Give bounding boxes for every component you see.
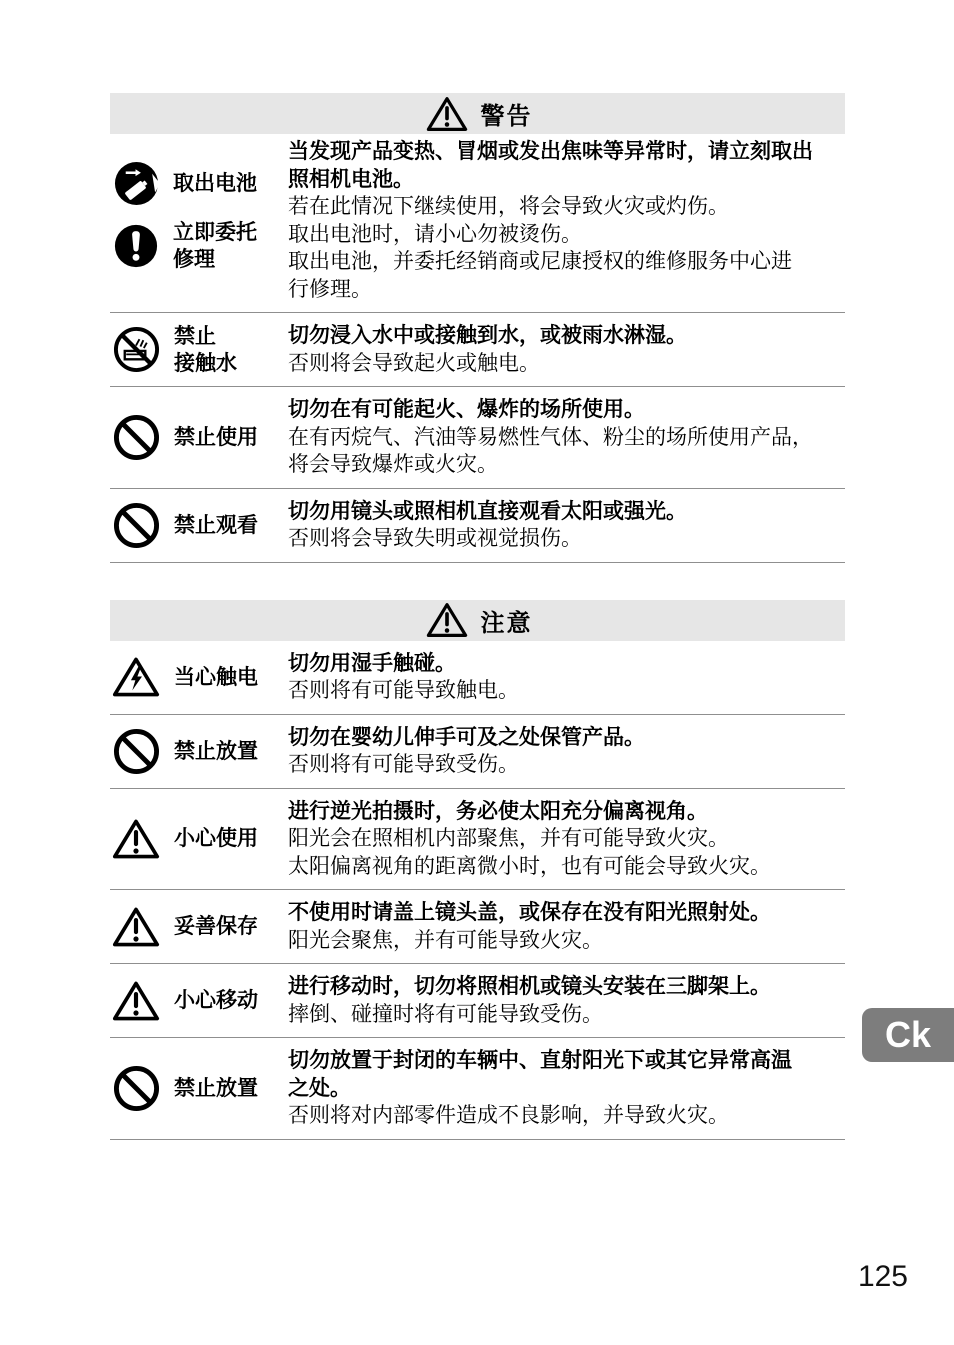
row-body-text: 若在此情况下继续使用，将会导致火灾或灼伤。 [288, 193, 845, 221]
row-body-text: 取出电池时，请小心勿被烫伤。 [288, 221, 845, 249]
row-text-cell: 切勿浸入水中或接触到水，或被雨水淋湿。 否则将会导致起火或触电。 [288, 318, 845, 381]
no-water-contact-icon [112, 326, 160, 373]
row-body-text: 阳光会在照相机内部聚焦，并有可能导致火灾。 [288, 825, 845, 853]
mandatory-action-icon [112, 223, 160, 269]
row-label: 小心移动 [174, 987, 258, 1014]
row-icon-cell: 禁止观看 [110, 502, 288, 549]
row-head-text: 进行逆光拍摄时，务必使太阳充分偏离视角。 [288, 798, 845, 826]
icon-label-pair: 立即委托 修理 [112, 219, 257, 273]
table-row: 禁止观看 切勿用镜头或照相机直接观看太阳或强光。 否则将会导致失明或视觉损伤。 [110, 489, 845, 563]
row-icon-cell: 小心使用 [110, 817, 288, 861]
warning-triangle-icon [423, 95, 471, 133]
row-head-text: 切勿用镜头或照相机直接观看太阳或强光。 [288, 498, 845, 526]
row-label: 当心触电 [174, 664, 258, 691]
table-row: 取出电池 立即委托 修理 [110, 134, 845, 313]
row-body-text: 取出电池，并委托经销商或尼康授权的维修服务中心进 行修理。 [288, 248, 845, 303]
prohibition-icon [112, 1065, 160, 1112]
caution-section: 注意 当心触电 切勿用湿手触碰。 否则将有可能导致触电。 [110, 600, 845, 1140]
table-row: 小心使用 进行逆光拍摄时，务必使太阳充分偏离视角。 阳光会在照相机内部聚焦，并有… [110, 789, 845, 891]
caution-section-header: 注意 [110, 600, 845, 641]
warning-triangle-icon [112, 817, 160, 861]
table-row: 小心移动 进行移动时，切勿将照相机或镜头安装在三脚架上。 摔倒、碰撞时将有可能导… [110, 964, 845, 1038]
prohibition-icon [112, 414, 160, 461]
row-body-text: 在有丙烷气、汽油等易燃性气体、粉尘的场所使用产品， 将会导致爆炸或火灾。 [288, 424, 845, 479]
row-icon-cell: 当心触电 [110, 655, 288, 699]
section-title: 警告 [481, 96, 533, 131]
warning-section-header: 警告 [110, 93, 845, 134]
row-head-text: 切勿放置于封闭的车辆中、直射阳光下或其它异常高温 之处。 [288, 1047, 845, 1102]
row-body-text: 太阳偏离视角的距离微小时，也有可能会导致火灾。 [288, 853, 845, 881]
row-text-cell: 切勿在有可能起火、爆炸的场所使用。 在有丙烷气、汽油等易燃性气体、粉尘的场所使用… [288, 392, 845, 483]
icon-label-pair: 取出电池 [112, 160, 257, 207]
warning-section: 警告 [110, 93, 845, 563]
row-body-text: 否则将会导致失明或视觉损伤。 [288, 525, 845, 553]
row-icon-cell: 妥善保存 [110, 905, 288, 949]
row-label: 立即委托 修理 [173, 219, 257, 273]
section-title: 注意 [481, 603, 533, 638]
row-body-text: 否则将有可能导致受伤。 [288, 751, 845, 779]
row-text-cell: 切勿放置于封闭的车辆中、直射阳光下或其它异常高温 之处。 否则将对内部零件造成不… [288, 1043, 845, 1134]
row-head-text: 进行移动时，切勿将照相机或镜头安装在三脚架上。 [288, 973, 845, 1001]
warning-triangle-icon [423, 601, 471, 639]
language-tab: Ck [862, 1008, 954, 1062]
row-icon-cell: 禁止放置 [110, 728, 288, 775]
row-text-cell: 进行逆光拍摄时，务必使太阳充分偏离视角。 阳光会在照相机内部聚焦，并有可能导致火… [288, 794, 845, 885]
row-icon-cell: 取出电池 立即委托 修理 [110, 134, 288, 273]
row-icon-cell: 禁止 接触水 [110, 323, 288, 377]
row-head-text: 切勿在有可能起火、爆炸的场所使用。 [288, 396, 845, 424]
row-label: 禁止 接触水 [174, 323, 237, 377]
row-head-text: 切勿在婴幼儿伸手可及之处保管产品。 [288, 724, 845, 752]
row-body-text: 否则将对内部零件造成不良影响，并导致火灾。 [288, 1102, 845, 1130]
row-text-cell: 进行移动时，切勿将照相机或镜头安装在三脚架上。 摔倒、碰撞时将有可能导致受伤。 [288, 969, 845, 1032]
row-head-text: 不使用时请盖上镜头盖，或保存在没有阳光照射处。 [288, 899, 845, 927]
row-icon-cell: 禁止放置 [110, 1065, 288, 1112]
row-head-text: 切勿用湿手触碰。 [288, 650, 845, 678]
row-label: 禁止观看 [174, 512, 258, 539]
row-label: 妥善保存 [174, 913, 258, 940]
table-row: 禁止 接触水 切勿浸入水中或接触到水，或被雨水淋湿。 否则将会导致起火或触电。 [110, 313, 845, 387]
row-text-cell: 当发现产品变热、冒烟或发出焦味等异常时，请立刻取出 照相机电池。 若在此情况下继… [288, 134, 845, 307]
row-text-cell: 切勿用镜头或照相机直接观看太阳或强光。 否则将会导致失明或视觉损伤。 [288, 494, 845, 557]
row-text-cell: 不使用时请盖上镜头盖，或保存在没有阳光照射处。 阳光会聚焦，并有可能导致火灾。 [288, 895, 845, 958]
row-body-text: 阳光会聚焦，并有可能导致火灾。 [288, 927, 845, 955]
row-label: 小心使用 [174, 825, 258, 852]
row-head-text: 切勿浸入水中或接触到水，或被雨水淋湿。 [288, 322, 845, 350]
row-icon-cell: 小心移动 [110, 979, 288, 1023]
row-text-cell: 切勿用湿手触碰。 否则将有可能导致触电。 [288, 646, 845, 709]
row-body-text: 否则将会导致起火或触电。 [288, 350, 845, 378]
row-body-text: 否则将有可能导致触电。 [288, 677, 845, 705]
row-body-text: 摔倒、碰撞时将有可能导致受伤。 [288, 1001, 845, 1029]
row-label: 禁止放置 [174, 738, 258, 765]
table-row: 当心触电 切勿用湿手触碰。 否则将有可能导致触电。 [110, 641, 845, 715]
warning-triangle-icon [112, 979, 160, 1023]
prohibition-icon [112, 728, 160, 775]
prohibition-icon [112, 502, 160, 549]
row-label: 禁止放置 [174, 1075, 258, 1102]
document-page: { "page": { "page_number": "125", "langu… [0, 0, 954, 1345]
table-row: 禁止使用 切勿在有可能起火、爆炸的场所使用。 在有丙烷气、汽油等易燃性气体、粉尘… [110, 387, 845, 489]
row-icon-cell: 禁止使用 [110, 414, 288, 461]
table-row: 禁止放置 切勿在婴幼儿伸手可及之处保管产品。 否则将有可能导致受伤。 [110, 715, 845, 789]
table-row: 禁止放置 切勿放置于封闭的车辆中、直射阳光下或其它异常高温 之处。 否则将对内部… [110, 1038, 845, 1140]
remove-battery-icon [112, 160, 160, 207]
page-content: 警告 [110, 93, 845, 1140]
row-head-text: 当发现产品变热、冒烟或发出焦味等异常时，请立刻取出 照相机电池。 [288, 138, 845, 193]
row-text-cell: 切勿在婴幼儿伸手可及之处保管产品。 否则将有可能导致受伤。 [288, 720, 845, 783]
row-label: 取出电池 [173, 170, 257, 197]
warning-triangle-icon [112, 905, 160, 949]
table-row: 妥善保存 不使用时请盖上镜头盖，或保存在没有阳光照射处。 阳光会聚焦，并有可能导… [110, 890, 845, 964]
electric-shock-warning-icon [112, 655, 160, 699]
page-number: 125 [858, 1260, 908, 1294]
row-label: 禁止使用 [174, 424, 258, 451]
